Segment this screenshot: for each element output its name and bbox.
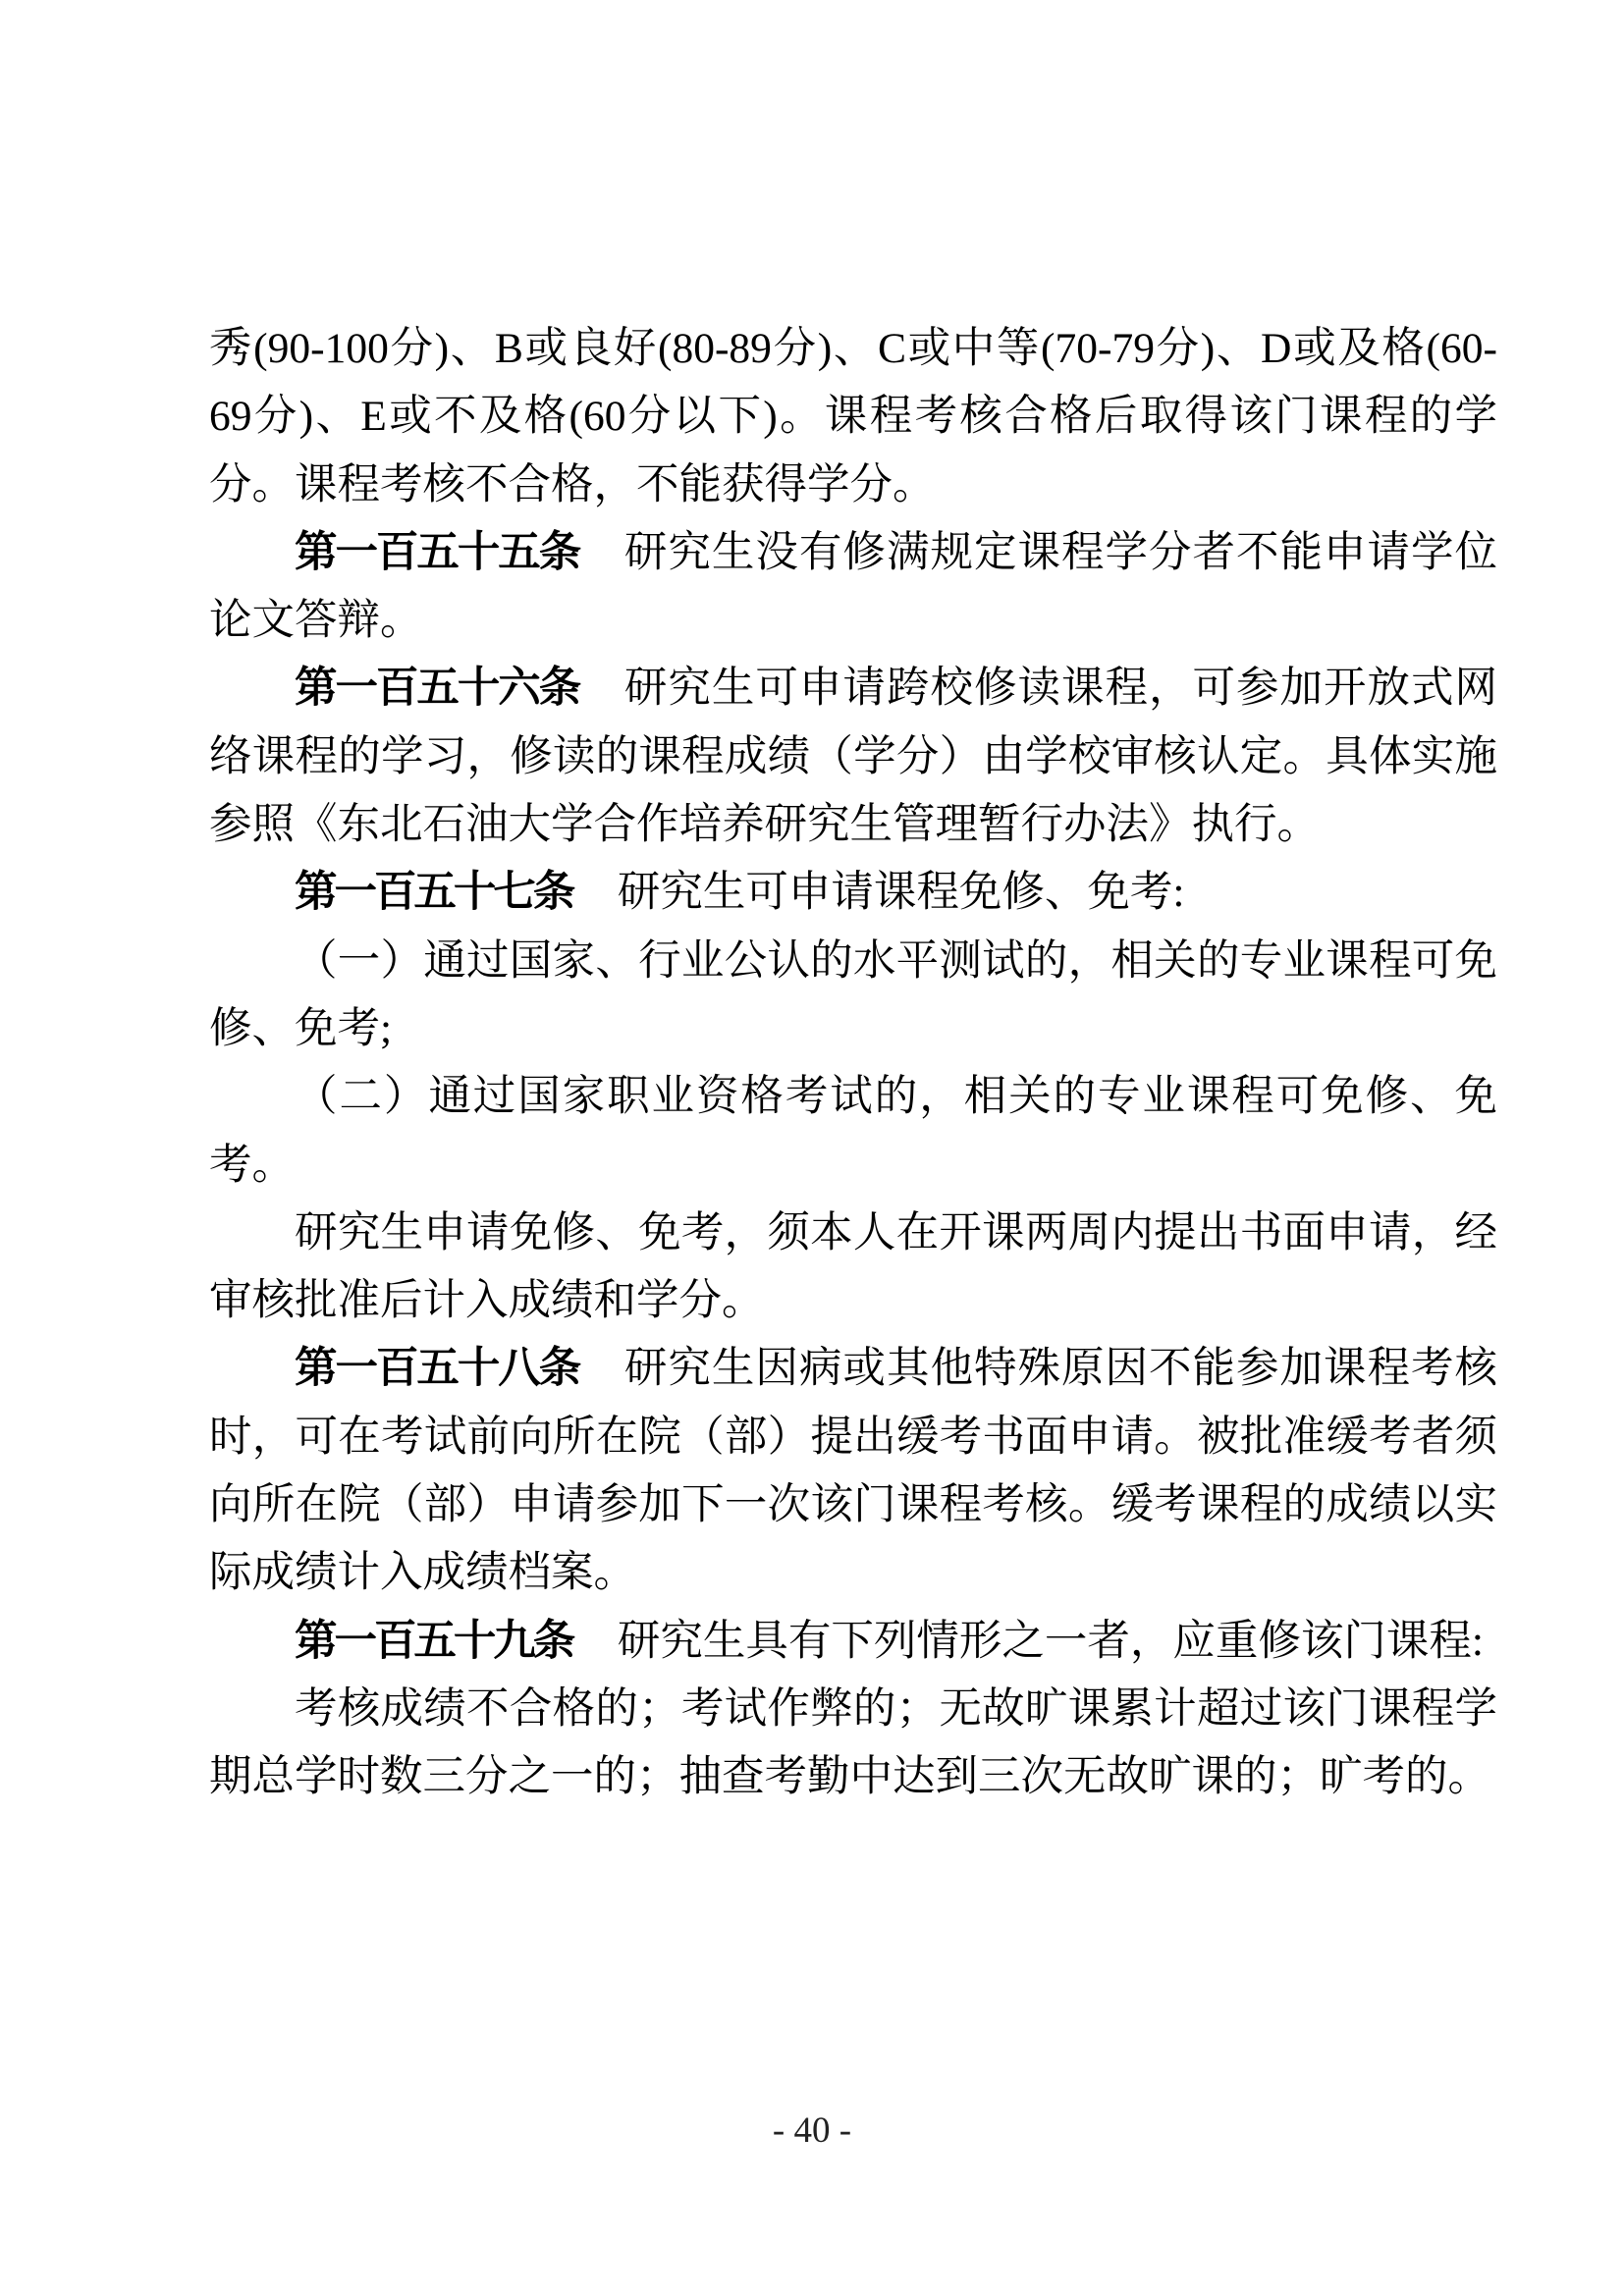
article-158-number: 第一百五十八条	[295, 1345, 579, 1392]
article-157-number: 第一百五十七条	[295, 869, 572, 916]
article-159-number: 第一百五十九条	[295, 1618, 572, 1665]
article-155: 第一百五十五条研究生没有修满规定课程学分者不能申请学位论文答辩。	[209, 519, 1497, 656]
paragraph-text: 研究生申请免修、免考，须本人在开课两周内提出书面申请，经审核批准后计入成绩和学分…	[209, 1209, 1497, 1324]
paragraph-grade-scale: 秀(90-100分)、B或良好(80-89分)、C或中等(70-79分)、D或及…	[209, 315, 1497, 519]
article-157: 第一百五十七条研究生可申请课程免修、免考:	[209, 859, 1497, 927]
clause-1: （一）通过国家、行业公认的水平测试的，相关的专业课程可免修、免考;	[209, 928, 1497, 1064]
article-158: 第一百五十八条研究生因病或其他特殊原因不能参加课程考核时，可在考试前向所在院（部…	[209, 1335, 1497, 1607]
article-156-number: 第一百五十六条	[295, 665, 579, 712]
paragraph-text: （二）通过国家职业资格考试的，相关的专业课程可免修、免考。	[209, 1073, 1497, 1188]
document-body: 秀(90-100分)、B或良好(80-89分)、C或中等(70-79分)、D或及…	[209, 315, 1497, 1812]
paragraph-retake-conditions: 考核成绩不合格的；考试作弊的；无故旷课累计超过该门课程学期总学时数三分之一的；抽…	[209, 1676, 1497, 1812]
paragraph-text: 考核成绩不合格的；考试作弊的；无故旷课累计超过该门课程学期总学时数三分之一的；抽…	[209, 1685, 1497, 1800]
paragraph-text: 秀(90-100分)、B或良好(80-89分)、C或中等(70-79分)、D或及…	[209, 325, 1497, 508]
paragraph-text: 研究生可申请课程免修、免考:	[618, 869, 1185, 916]
paragraph-text: （一）通过国家、行业公认的水平测试的，相关的专业课程可免修、免考;	[209, 937, 1497, 1052]
page-footer: - 40 -	[0, 2109, 1624, 2154]
article-159: 第一百五十九条研究生具有下列情形之一者，应重修该门课程:	[209, 1608, 1497, 1676]
article-155-number: 第一百五十五条	[295, 529, 579, 576]
clause-2: （二）通过国家职业资格考试的，相关的专业课程可免修、免考。	[209, 1063, 1497, 1200]
paragraph-exemption-procedure: 研究生申请免修、免考，须本人在开课两周内提出书面申请，经审核批准后计入成绩和学分…	[209, 1200, 1497, 1336]
page-number: - 40 -	[773, 2110, 851, 2151]
article-156: 第一百五十六条研究生可申请跨校修读课程，可参加开放式网络课程的学习，修读的课程成…	[209, 655, 1497, 859]
paragraph-text: 研究生具有下列情形之一者，应重修该门课程:	[618, 1618, 1484, 1665]
document-page: 秀(90-100分)、B或良好(80-89分)、C或中等(70-79分)、D或及…	[0, 0, 1624, 2296]
